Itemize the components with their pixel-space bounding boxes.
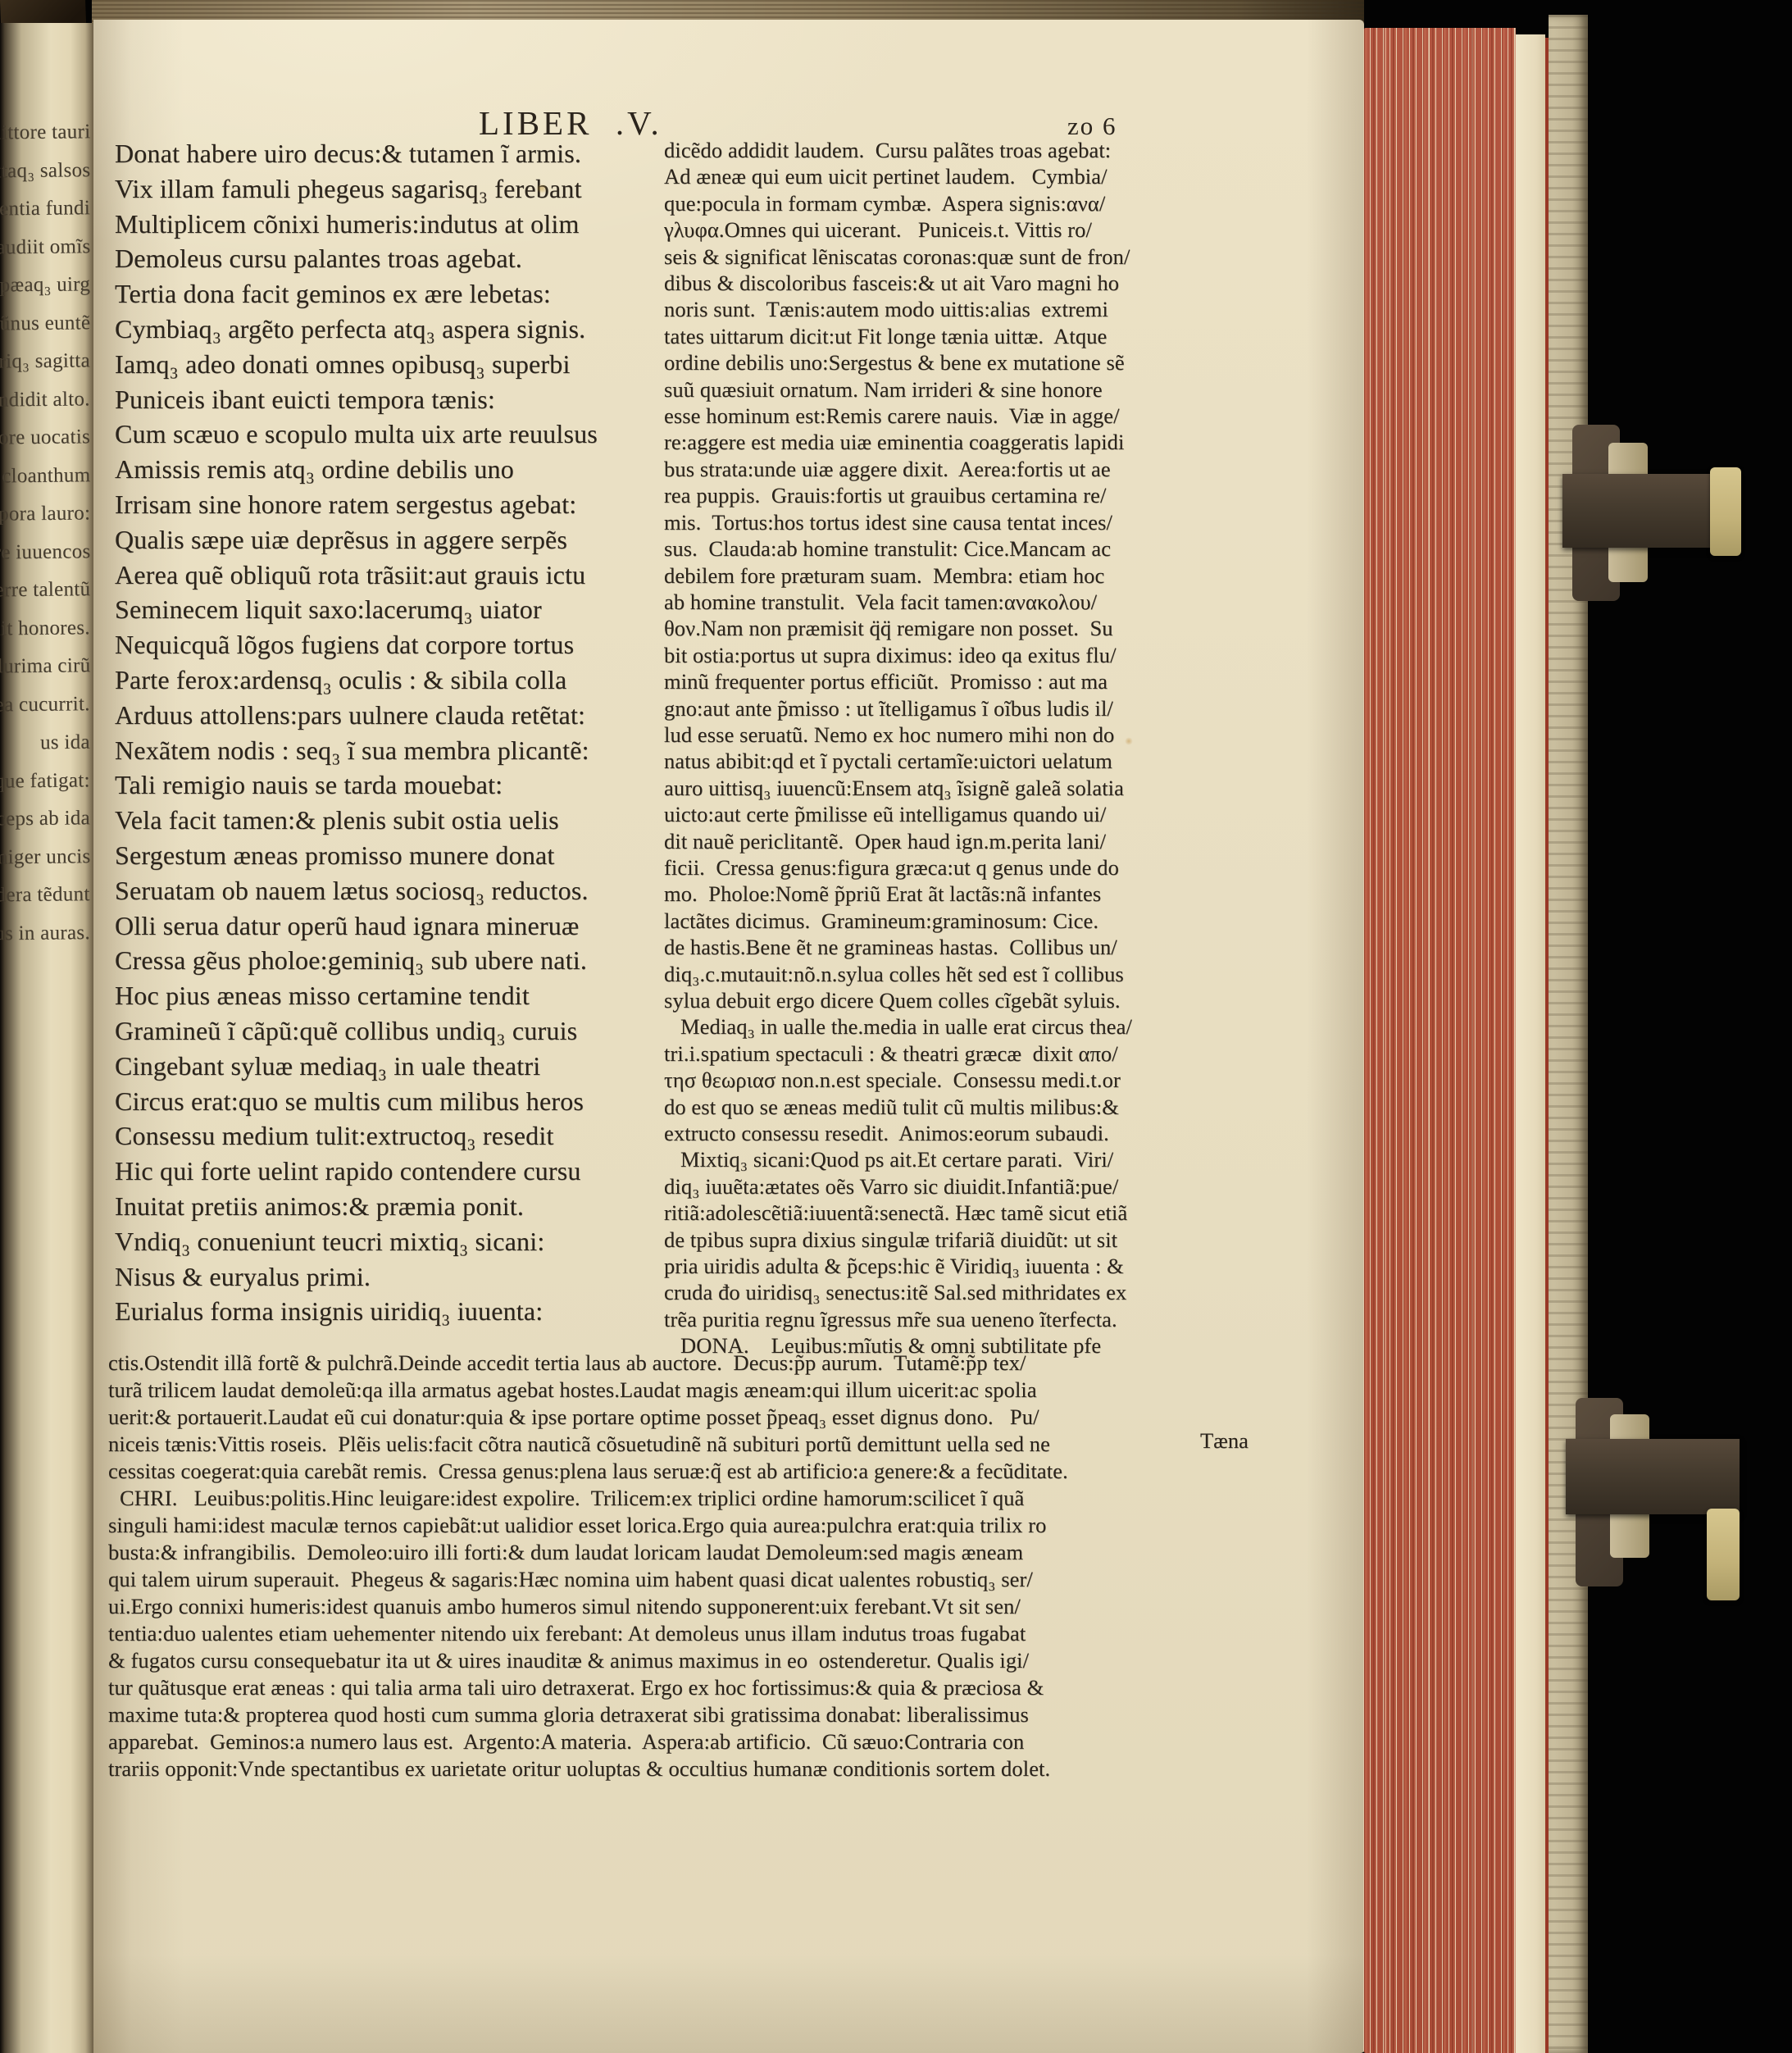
commentary-line: gno:aut ante p̃misso : ut ĩtelligamus ĩ … (664, 695, 1243, 722)
commentary-line: tates uittarum dicit:ut Fit longe tænia … (664, 323, 1243, 349)
commentary-line: mis. Tortus:hos tortus idest sine causa … (664, 509, 1243, 535)
poem-line: Multiplicem cõnixi humeris:indutus at ol… (115, 207, 672, 242)
facing-page-text-fragment: ẽ i littore tauri (0, 121, 90, 145)
commentary-line: uicto:aut certe p̃milisse eũ intelligamu… (664, 801, 1243, 827)
commentary-line: γλυφα.Omnes qui uicerant. Puniceis.t. Vi… (664, 216, 1243, 243)
poem-line: Sergestum æneas promisso munere donat (115, 838, 672, 873)
poem-line: Cum scæuo e scopulo multa uix arte reuul… (115, 417, 672, 452)
commentary-line: τησ θεωριασ non.n.est speciale. Consessu… (664, 1067, 1243, 1093)
poem-line: Donat habere uiro decus:& tutamen ĩ armi… (115, 136, 672, 171)
commentary-line: ctis.Ostendit illã fortẽ & pulchrã.Deind… (108, 1350, 1285, 1377)
commentary-line: ui.Ergo connixi humeris:idest quanuis am… (108, 1593, 1285, 1620)
facing-page-text-fragment: criq₃ sagitta (0, 349, 90, 373)
poem-line: Cymbiaq₃ argẽto perfecta atq₃ aspera sig… (115, 312, 672, 347)
commentary-line: Mediaq₃ in ualle the.media in ualle erat… (664, 1013, 1243, 1040)
commentary-line: rea puppis. Grauis:fortis ut grauibus ce… (664, 482, 1243, 508)
facing-page-text-fragment: more uocatis (0, 426, 90, 449)
poem-line: Nequicquã lõgos fugiens dat corpore tort… (115, 627, 672, 662)
commentary-line: dibus & discoloribus fasceis:& ut ait Va… (664, 270, 1243, 296)
commentary-line: singuli hami:idest maculæ ternos capiebã… (108, 1512, 1285, 1539)
commentary-line: ritiã:adolescẽtiã:iuuentã:senectã. Hæc t… (664, 1199, 1243, 1226)
commentary-line: bus strata:unde uiæ aggere dixit. Aerea:… (664, 456, 1243, 482)
commentary-line: θον.Nam non præmisit q̈q̈ remigare non p… (664, 615, 1243, 641)
poem-line: Seruatam ob nauem lætus sociosq₃ reducto… (115, 873, 672, 908)
poem-line: Gramineũ ĩ cãpũ:quẽ collibus undiq₃ curu… (115, 1013, 672, 1049)
commentary-line: auro uittisq₃ iuuencũ:Ensem atq₃ ĩsignẽ … (664, 775, 1243, 801)
commentary-line: lactãtes dicimus. Gramineum:graminosum: … (664, 908, 1243, 934)
poem-line: Parte ferox:ardensq₃ oculis : & sibila c… (115, 662, 672, 698)
commentary-line: pria uiridis adulta & p̃ceps:hic ẽ Virid… (664, 1253, 1243, 1279)
poem-line: Nisus & euryalus primi. (115, 1259, 672, 1295)
commentary-line: maxime tuta:& propterea quod hosti cum s… (108, 1701, 1285, 1728)
facing-page-text-fragment: addit honores. (0, 617, 90, 641)
commentary-line: esse hominum est:Remis carere nauis. Viæ… (664, 403, 1243, 429)
foxing-spot (536, 184, 548, 193)
facing-page-sliver: ẽ i littore taurius: extaq₃ salsosliquen… (0, 23, 98, 2053)
commentary-line: CHRI. Leuibus:politis.Hinc leuigare:ides… (108, 1485, 1285, 1512)
facing-page-text-fragment: liquentia fundi (0, 197, 90, 221)
facing-page-text-fragment: ad sydera tẽdunt (0, 883, 90, 908)
poem-line: Cressa gẽus pholoe:geminiq₃ sub ubere na… (115, 943, 672, 978)
commentary-line: de tpibus supra dixius singulæ trifariã … (664, 1227, 1243, 1253)
poem-line: Hic qui forte uelint rapido contendere c… (115, 1154, 672, 1189)
commentary-line: noris sunt. Tænis:autem modo uittis:alia… (664, 296, 1243, 322)
commentary-line: seis & significat lẽniscatas coronas:quæ… (664, 244, 1243, 270)
facing-page-text-fragment: oce cloanthum (0, 464, 90, 489)
facing-page-text-fragment: is armiger uncis (0, 845, 90, 870)
facing-page-text-fragment: ortũnus euntẽ (0, 312, 90, 335)
poem-line: Vela facit tamen:& plenis subit ostia ue… (115, 803, 672, 838)
commentary-line: diq₃.c.mutauit:nõ.n.sylua colles hẽt sed… (664, 961, 1243, 987)
poem-line: Iamq₃ adeo donati omnes opibusq₃ superbi (115, 347, 672, 382)
facing-page-text-fragment: latratus in auras. (0, 922, 90, 946)
book-page: LIBER .V. zo 6 Donat habere uiro decus:&… (93, 20, 1364, 2053)
poem-line: Olli serua datur operũ haud ignara miner… (115, 908, 672, 944)
commentary-line: que:pocula in formam cymbæ. Aspera signi… (664, 190, 1243, 216)
commentary-line: cessitas coegerat:quia carebãt remis. Cr… (108, 1458, 1285, 1485)
facing-page-text-fragment: dat ferre talentũ (0, 578, 90, 603)
poem-line: Inuitat pretiis animos:& præmia ponit. (115, 1189, 672, 1224)
poem-line: Vndiq₃ conueniunt teucri mixtiq₃ sicani: (115, 1224, 672, 1259)
commentary-line: bit ostia:portus ut supra diximus: ideo … (664, 642, 1243, 668)
foxing-spot (1125, 737, 1133, 745)
poem-line: Nexãtem nodis : seq₃ ĩ sua membra plican… (115, 733, 672, 768)
commentary-line: tri.i.spatium spectaculi : & theatri græ… (664, 1040, 1243, 1067)
facing-page-text-fragment: tare iuuencos (0, 540, 90, 564)
poem-line: Cingebant syluæ mediaq₃ in uale theatri (115, 1049, 672, 1084)
clasp-horn-tip (1710, 467, 1741, 556)
poem-line: Hoc pius æneas misso certamine tendit (115, 978, 672, 1013)
poem-line: Puniceis ibant euicti tempora tænis: (115, 382, 672, 417)
commentary-line: sylua debuit ergo dicere Quem colles cĩg… (664, 987, 1243, 1013)
poem-line: Qualis sæpe uiæ deprẽsus in aggere serpẽ… (115, 522, 672, 558)
commentary-line: de hastis.Bene ẽt ne gramineas hastas. C… (664, 934, 1243, 960)
poem-line: Irrisam sine honore ratem sergestus ageb… (115, 487, 672, 522)
commentary-line: do est quo se æneas mediũ tulit cũ multi… (664, 1094, 1243, 1120)
facing-page-text-fragment: pora lauro: (0, 502, 90, 526)
commentary-line: cruda đo uiridisq₃ senectus:itẽ Sal.sed … (664, 1279, 1243, 1305)
commentary-line: mo. Pholoe:Nomẽ p̃priũ Erat ãt lactãs:nã… (664, 881, 1243, 907)
parchment-binding-board (1549, 15, 1588, 2053)
commentary-line: sus. Clauda:ab homine transtulit: Cice.M… (664, 535, 1243, 562)
poem-line: Demoleus cursu palantes troas agebat. (115, 241, 672, 276)
commentary-line: dit nauẽ periclitantẽ. Opeʀ haud ign.m.p… (664, 828, 1243, 854)
commentary-line: uerit:& portauerit.Laudat eũ cui donatur… (108, 1404, 1285, 1431)
commentary-line: & fugatos cursu consequebatur ita ut & u… (108, 1647, 1285, 1674)
commentary-line: ordine debilis uno:Sergestus & bene ex m… (664, 349, 1243, 376)
facing-page-text-fragment: us audiit omĩs (0, 235, 90, 260)
bottom-commentary-block: ctis.Ostendit illã fortẽ & pulchrã.Deind… (108, 1350, 1285, 1782)
commentary-line: busta:& infrangibilis. Demoleo:uiro illi… (108, 1539, 1285, 1566)
facing-page-text-fragment: us: extaq₃ salsos (0, 159, 90, 184)
commentary-line: minũ frequenter portus efficiũt. Promiss… (664, 668, 1243, 694)
poem-line: Consessu medium tulit:extructoq₃ resedit (115, 1118, 672, 1154)
commentary-line: natus abibit:qd et ĩ pyctali certamĩe:ui… (664, 748, 1243, 774)
poem-line: Aerea quẽ obliquũ rota trãsiit:aut graui… (115, 558, 672, 593)
book-photograph: ẽ i littore taurius: extaq₃ salsosliquen… (0, 0, 1792, 2053)
commentary-line: qui talem uirum superauit. Phegeus & sag… (108, 1566, 1285, 1593)
red-fore-edge (1363, 28, 1516, 2053)
page-edge-strip (1516, 34, 1545, 2053)
commentary-line: debilem fore præturam suam. Membra: etia… (664, 562, 1243, 589)
commentary-line: diq₃ iuuẽta:ætates oẽs Varro sic diuidit… (664, 1173, 1243, 1199)
facing-page-text-fragment: ã plurima cirũ (0, 654, 90, 679)
marginal-annotation: Tæna (1200, 1428, 1248, 1454)
commentary-line: ab homine transtulit. Vela facit tamen:α… (664, 589, 1243, 615)
clasp-horn-tip (1707, 1509, 1740, 1600)
facing-page-text-fragment: que fatigat: (0, 769, 90, 793)
poem-line: Tali remigio nauis se tarda mouebat: (115, 767, 672, 803)
commentary-line: suũ quæsiuit ornatum. Nam irrideri & sin… (664, 376, 1243, 403)
facing-page-text-fragment: ondidit alto. (0, 388, 90, 412)
commentary-line: niceis tænis:Vittis roseis. Plẽis uelis:… (108, 1431, 1285, 1458)
commentary-line: dicẽdo addidit laudem. Cursu palãtes tro… (664, 137, 1243, 163)
commentary-line: trẽa puritia regnu ĩgressus mr̃e sua uen… (664, 1306, 1243, 1332)
facing-page-text-fragment: us ida (40, 731, 90, 755)
commentary-line: tentia:duo ualentes etiam uehementer nit… (108, 1620, 1285, 1647)
facing-page-text-fragment: ræceps ab ida (0, 807, 90, 831)
poem-line: Vix illam famuli phegeus sagarisq₃ fereb… (115, 171, 672, 207)
commentary-line: turã trilicem laudat demoleũ:qa illa arm… (108, 1377, 1285, 1404)
poem-line: Eurialus forma insignis uiridiq₃ iuuenta… (115, 1294, 672, 1329)
clasp-strap-bottom (1566, 1439, 1740, 1514)
commentary-line: trariis opponit:Vnde spectantibus ex uar… (108, 1755, 1285, 1782)
commentary-line: Mixtiq₃ sicani:Quod ps ait.Et certare pa… (664, 1146, 1243, 1172)
poem-line: Amissis remis atq₃ ordine debilis uno (115, 452, 672, 487)
poem-line: Circus erat:quo se multis cum milibus he… (115, 1084, 672, 1119)
facing-page-text-fragment: nopæaq₃ uirg (0, 273, 90, 297)
commentary-line: apparebat. Geminos:a numero laus est. Ar… (108, 1728, 1285, 1755)
commentary-line: lud esse seruatũ. Nemo ex hoc numero mih… (664, 722, 1243, 748)
facing-page-text-fragment: elibœa cucurrit. (0, 693, 90, 717)
commentary-line: Ad æneæ qui eum uicit pertinet laudem. C… (664, 163, 1243, 189)
commentary-line: tur quãtusque erat æneas : qui talia arm… (108, 1674, 1285, 1701)
poem-column: Donat habere uiro decus:& tutamen ĩ armi… (115, 136, 672, 1329)
commentary-line: extructo consessu resedit. Animos:eorum … (664, 1120, 1243, 1146)
poem-line: Tertia dona facit geminos ex ære lebetas… (115, 276, 672, 312)
commentary-column: dicẽdo addidit laudem. Cursu palãtes tro… (664, 137, 1243, 1359)
poem-line: Arduus attollens:pars uulnere clauda ret… (115, 698, 672, 733)
commentary-line: re:aggere est media uiæ eminentia coagge… (664, 429, 1243, 455)
poem-line: Seminecem liquit saxo:lacerumq₃ uiator (115, 592, 672, 627)
commentary-line: ficii. Cressa genus:figura græca:ut q ge… (664, 854, 1243, 881)
